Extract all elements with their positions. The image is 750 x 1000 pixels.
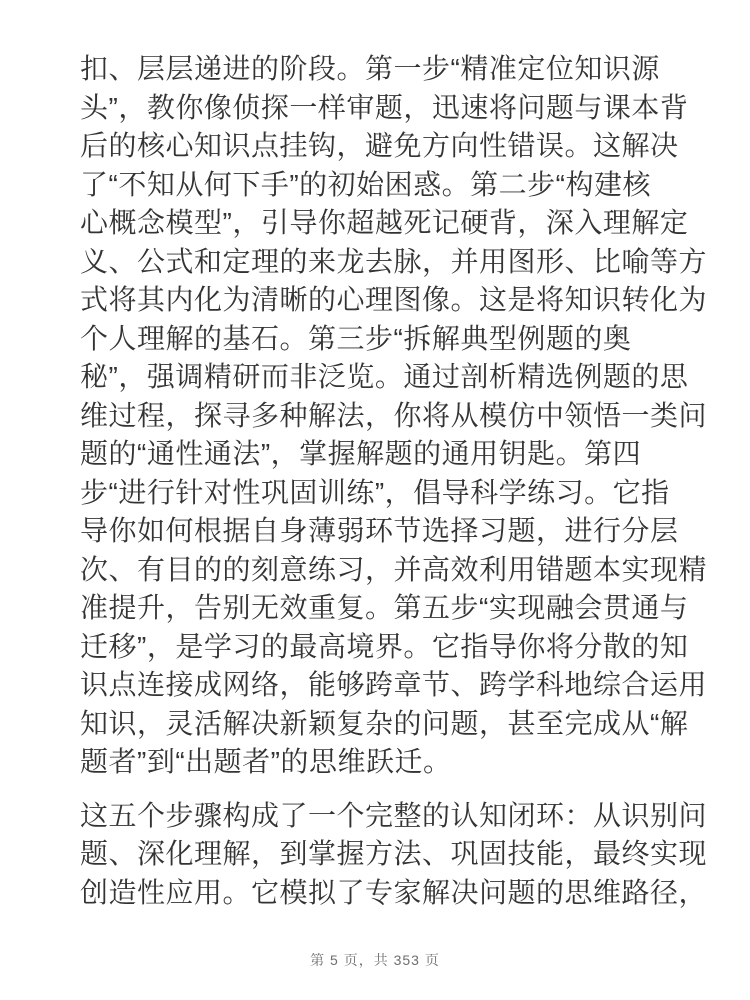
- text-line: 扣、层层递进的阶段。第一步“精准定位知识源: [80, 50, 676, 89]
- text-line: 准提升，告别无效重复。第五步“实现融会贯通与: [80, 589, 676, 628]
- text-line: 次、有目的的刻意练习，并高效利用错题本实现精: [80, 551, 676, 590]
- text-line: 题的“通性通法”，掌握解题的通用钥匙。第四: [80, 435, 676, 474]
- text-line: 维过程，探寻多种解法，你将从模仿中领悟一类问: [80, 397, 676, 436]
- text-line: 导你如何根据自身薄弱环节选择习题，进行分层: [80, 512, 676, 551]
- page-number: 第 5 页，共 353 页: [0, 950, 750, 970]
- text-line: 个人理解的基石。第三步“拆解典型例题的奥: [80, 320, 676, 359]
- text-line: 创造性应用。它模拟了专家解决问题的思维路径，: [80, 874, 676, 913]
- text-line: 后的核心知识点挂钩，避免方向性错误。这解决: [80, 127, 676, 166]
- text-line: 题、深化理解，到掌握方法、巩固技能，最终实现: [80, 835, 676, 874]
- text-line: 迁移”，是学习的最高境界。它指导你将分散的知: [80, 628, 676, 667]
- document-body: 扣、层层递进的阶段。第一步“精准定位知识源头”，教你像侦探一样审题，迅速将问题与…: [80, 50, 676, 912]
- text-line: 步“进行针对性巩固训练”，倡导科学练习。它指: [80, 474, 676, 513]
- paragraph: 扣、层层递进的阶段。第一步“精准定位知识源头”，教你像侦探一样审题，迅速将问题与…: [80, 50, 676, 782]
- text-line: 题者”到“出题者”的思维跃迁。: [80, 743, 676, 782]
- text-line: 义、公式和定理的来龙去脉，并用图形、比喻等方: [80, 243, 676, 282]
- text-line: 式将其内化为清晰的心理图像。这是将知识转化为: [80, 281, 676, 320]
- text-line: 了“不知从何下手”的初始困惑。第二步“构建核: [80, 166, 676, 205]
- text-line: 知识，灵活解决新颖复杂的问题，甚至完成从“解: [80, 705, 676, 744]
- text-line: 识点连接成网络，能够跨章节、跨学科地综合运用: [80, 666, 676, 705]
- text-line: 头”，教你像侦探一样审题，迅速将问题与课本背: [80, 89, 676, 128]
- document-page: 扣、层层递进的阶段。第一步“精准定位知识源头”，教你像侦探一样审题，迅速将问题与…: [0, 0, 750, 1000]
- text-line: 秘”，强调精研而非泛览。通过剖析精选例题的思: [80, 358, 676, 397]
- text-line: 心概念模型”，引导你超越死记硬背，深入理解定: [80, 204, 676, 243]
- paragraph: 这五个步骤构成了一个完整的认知闭环：从识别问题、深化理解，到掌握方法、巩固技能，…: [80, 797, 676, 913]
- text-line: 这五个步骤构成了一个完整的认知闭环：从识别问: [80, 797, 676, 836]
